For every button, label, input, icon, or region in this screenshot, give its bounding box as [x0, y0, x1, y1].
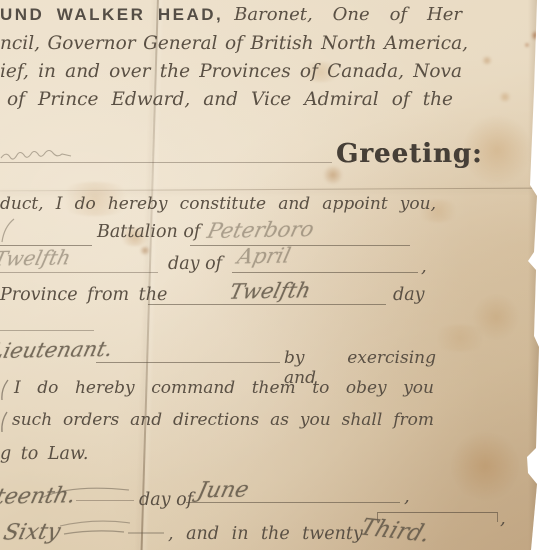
law-line: g to Law. — [0, 444, 88, 464]
appoint-line: duct, I do hereby constitute and appoint… — [0, 194, 436, 214]
greeting-blank-rule — [0, 147, 332, 163]
month-handwritten-2: June — [195, 478, 251, 504]
stain-spot — [498, 92, 512, 102]
stain-spot — [481, 56, 493, 65]
issue-ordinal-rule — [76, 486, 134, 501]
document-photo: { "colors": { "background": "#ffffff", "… — [0, 0, 550, 550]
header-line-1-script: Baronet, One of Her — [234, 4, 462, 25]
day-of-label-1: day of — [168, 254, 222, 274]
year-fragment-handwritten: Sixty — [1, 520, 63, 546]
reign-prefix: , and in the twenty — [168, 524, 363, 544]
province-prefix: Province from the — [0, 285, 167, 305]
month-handwritten-1: April — [235, 244, 293, 269]
stain-spot — [538, 50, 546, 58]
battalion-name-handwritten: Peterboro — [205, 217, 316, 243]
header-line-1: UND WALKER HEAD, Baronet, One of Her — [0, 4, 462, 25]
comma-2: , — [404, 486, 410, 507]
command-line: I do hereby command them to obey you — [14, 378, 434, 398]
handwriting-dashes — [58, 520, 168, 542]
box-comma: , — [500, 508, 506, 529]
province-day-word: day — [393, 285, 425, 305]
vertical-fold-crease — [140, 0, 159, 550]
battalion-label: Battalion of — [97, 222, 200, 242]
short-blank-rule — [0, 316, 94, 331]
orders-line: such orders and directions as you shall … — [12, 410, 434, 430]
stain-blotch — [452, 430, 518, 502]
stain-blotch — [430, 325, 490, 351]
cutoff-letter-fragment — [0, 410, 10, 434]
governor-name-caps: UND WALKER HEAD, — [0, 5, 223, 24]
comma-1: , — [421, 256, 427, 277]
rank-rule — [96, 348, 280, 363]
aged-parchment-document: UND WALKER HEAD, Baronet, One of Her nci… — [0, 0, 550, 550]
torn-edge-shadow — [528, 0, 542, 550]
battalion-number-rule — [0, 231, 92, 246]
header-line-4: of Prince Edward, and Vice Admiral of th… — [7, 89, 453, 110]
ordinal-rule — [0, 258, 158, 273]
province-ordinal-handwritten: Twelfth — [227, 278, 313, 303]
cutoff-letter-fragment — [0, 378, 10, 402]
header-line-3: ief, in and over the Provinces of Canada… — [0, 61, 462, 82]
greeting-word: Greeting: — [336, 139, 483, 169]
day-of-label-2: day of — [139, 490, 193, 510]
header-line-2: ncil, Governor General of British North … — [0, 33, 468, 54]
